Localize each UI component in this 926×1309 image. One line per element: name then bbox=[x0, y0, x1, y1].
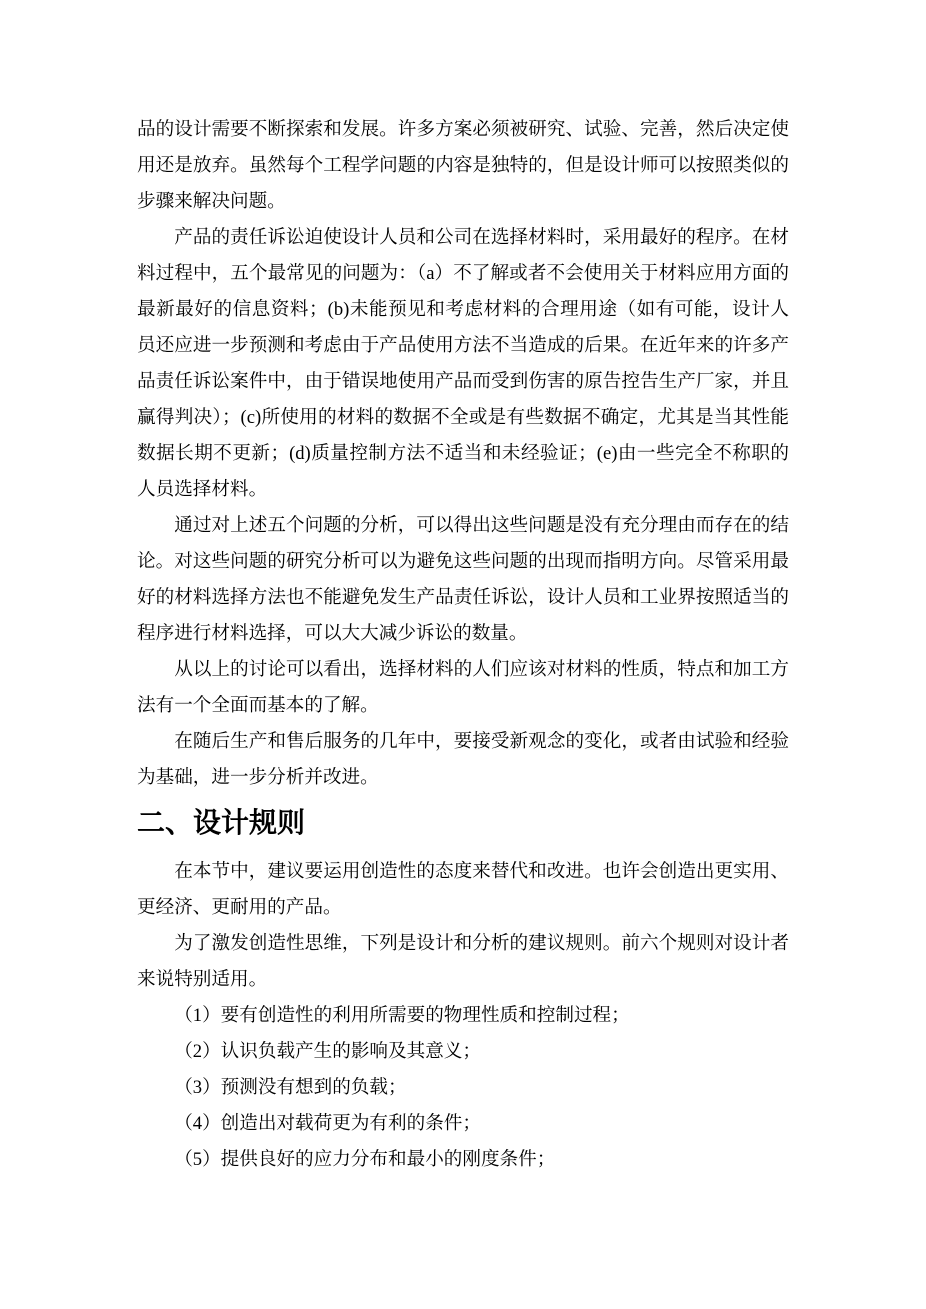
rule-item-4: （4）创造出对载荷更为有利的条件； bbox=[137, 1106, 789, 1142]
rule-item-1: （1）要有创造性的利用所需要的物理性质和控制过程； bbox=[137, 998, 789, 1034]
paragraph-liability-lawsuits: 产品的责任诉讼迫使设计人员和公司在选择材料时，采用最好的程序。在材料过程中，五个… bbox=[137, 220, 789, 508]
rule-item-2: （2）认识负载产生的影响及其意义； bbox=[137, 1034, 789, 1070]
paragraph-creative-attitude: 在本节中，建议要运用创造性的态度来替代和改进。也许会创造出更实用、更经济、更耐用… bbox=[137, 854, 789, 926]
section-heading-design-rules: 二、设计规则 bbox=[137, 802, 789, 844]
document-text-area: 品的设计需要不断探索和发展。许多方案必须被研究、试验、完善，然后决定使用还是放弃… bbox=[137, 112, 789, 1178]
paragraph-discussion-summary: 从以上的讨论可以看出，选择材料的人们应该对材料的性质，特点和加工方法有一个全面而… bbox=[137, 652, 789, 724]
rule-item-3: （3）预测没有想到的负载； bbox=[137, 1070, 789, 1106]
paragraph-analysis-conclusion: 通过对上述五个问题的分析，可以得出这些问题是没有充分理由而存在的结论。对这些问题… bbox=[137, 508, 789, 652]
rule-item-5: （5）提供良好的应力分布和最小的刚度条件； bbox=[137, 1142, 789, 1178]
document-page: 品的设计需要不断探索和发展。许多方案必须被研究、试验、完善，然后决定使用还是放弃… bbox=[0, 0, 926, 1309]
paragraph-after-sales: 在随后生产和售后服务的几年中，要接受新观念的变化，或者由试验和经验为基础，进一步… bbox=[137, 724, 789, 796]
paragraph-continuation: 品的设计需要不断探索和发展。许多方案必须被研究、试验、完善，然后决定使用还是放弃… bbox=[137, 112, 789, 220]
paragraph-rules-intro: 为了激发创造性思维，下列是设计和分析的建议规则。前六个规则对设计者来说特别适用。 bbox=[137, 926, 789, 998]
